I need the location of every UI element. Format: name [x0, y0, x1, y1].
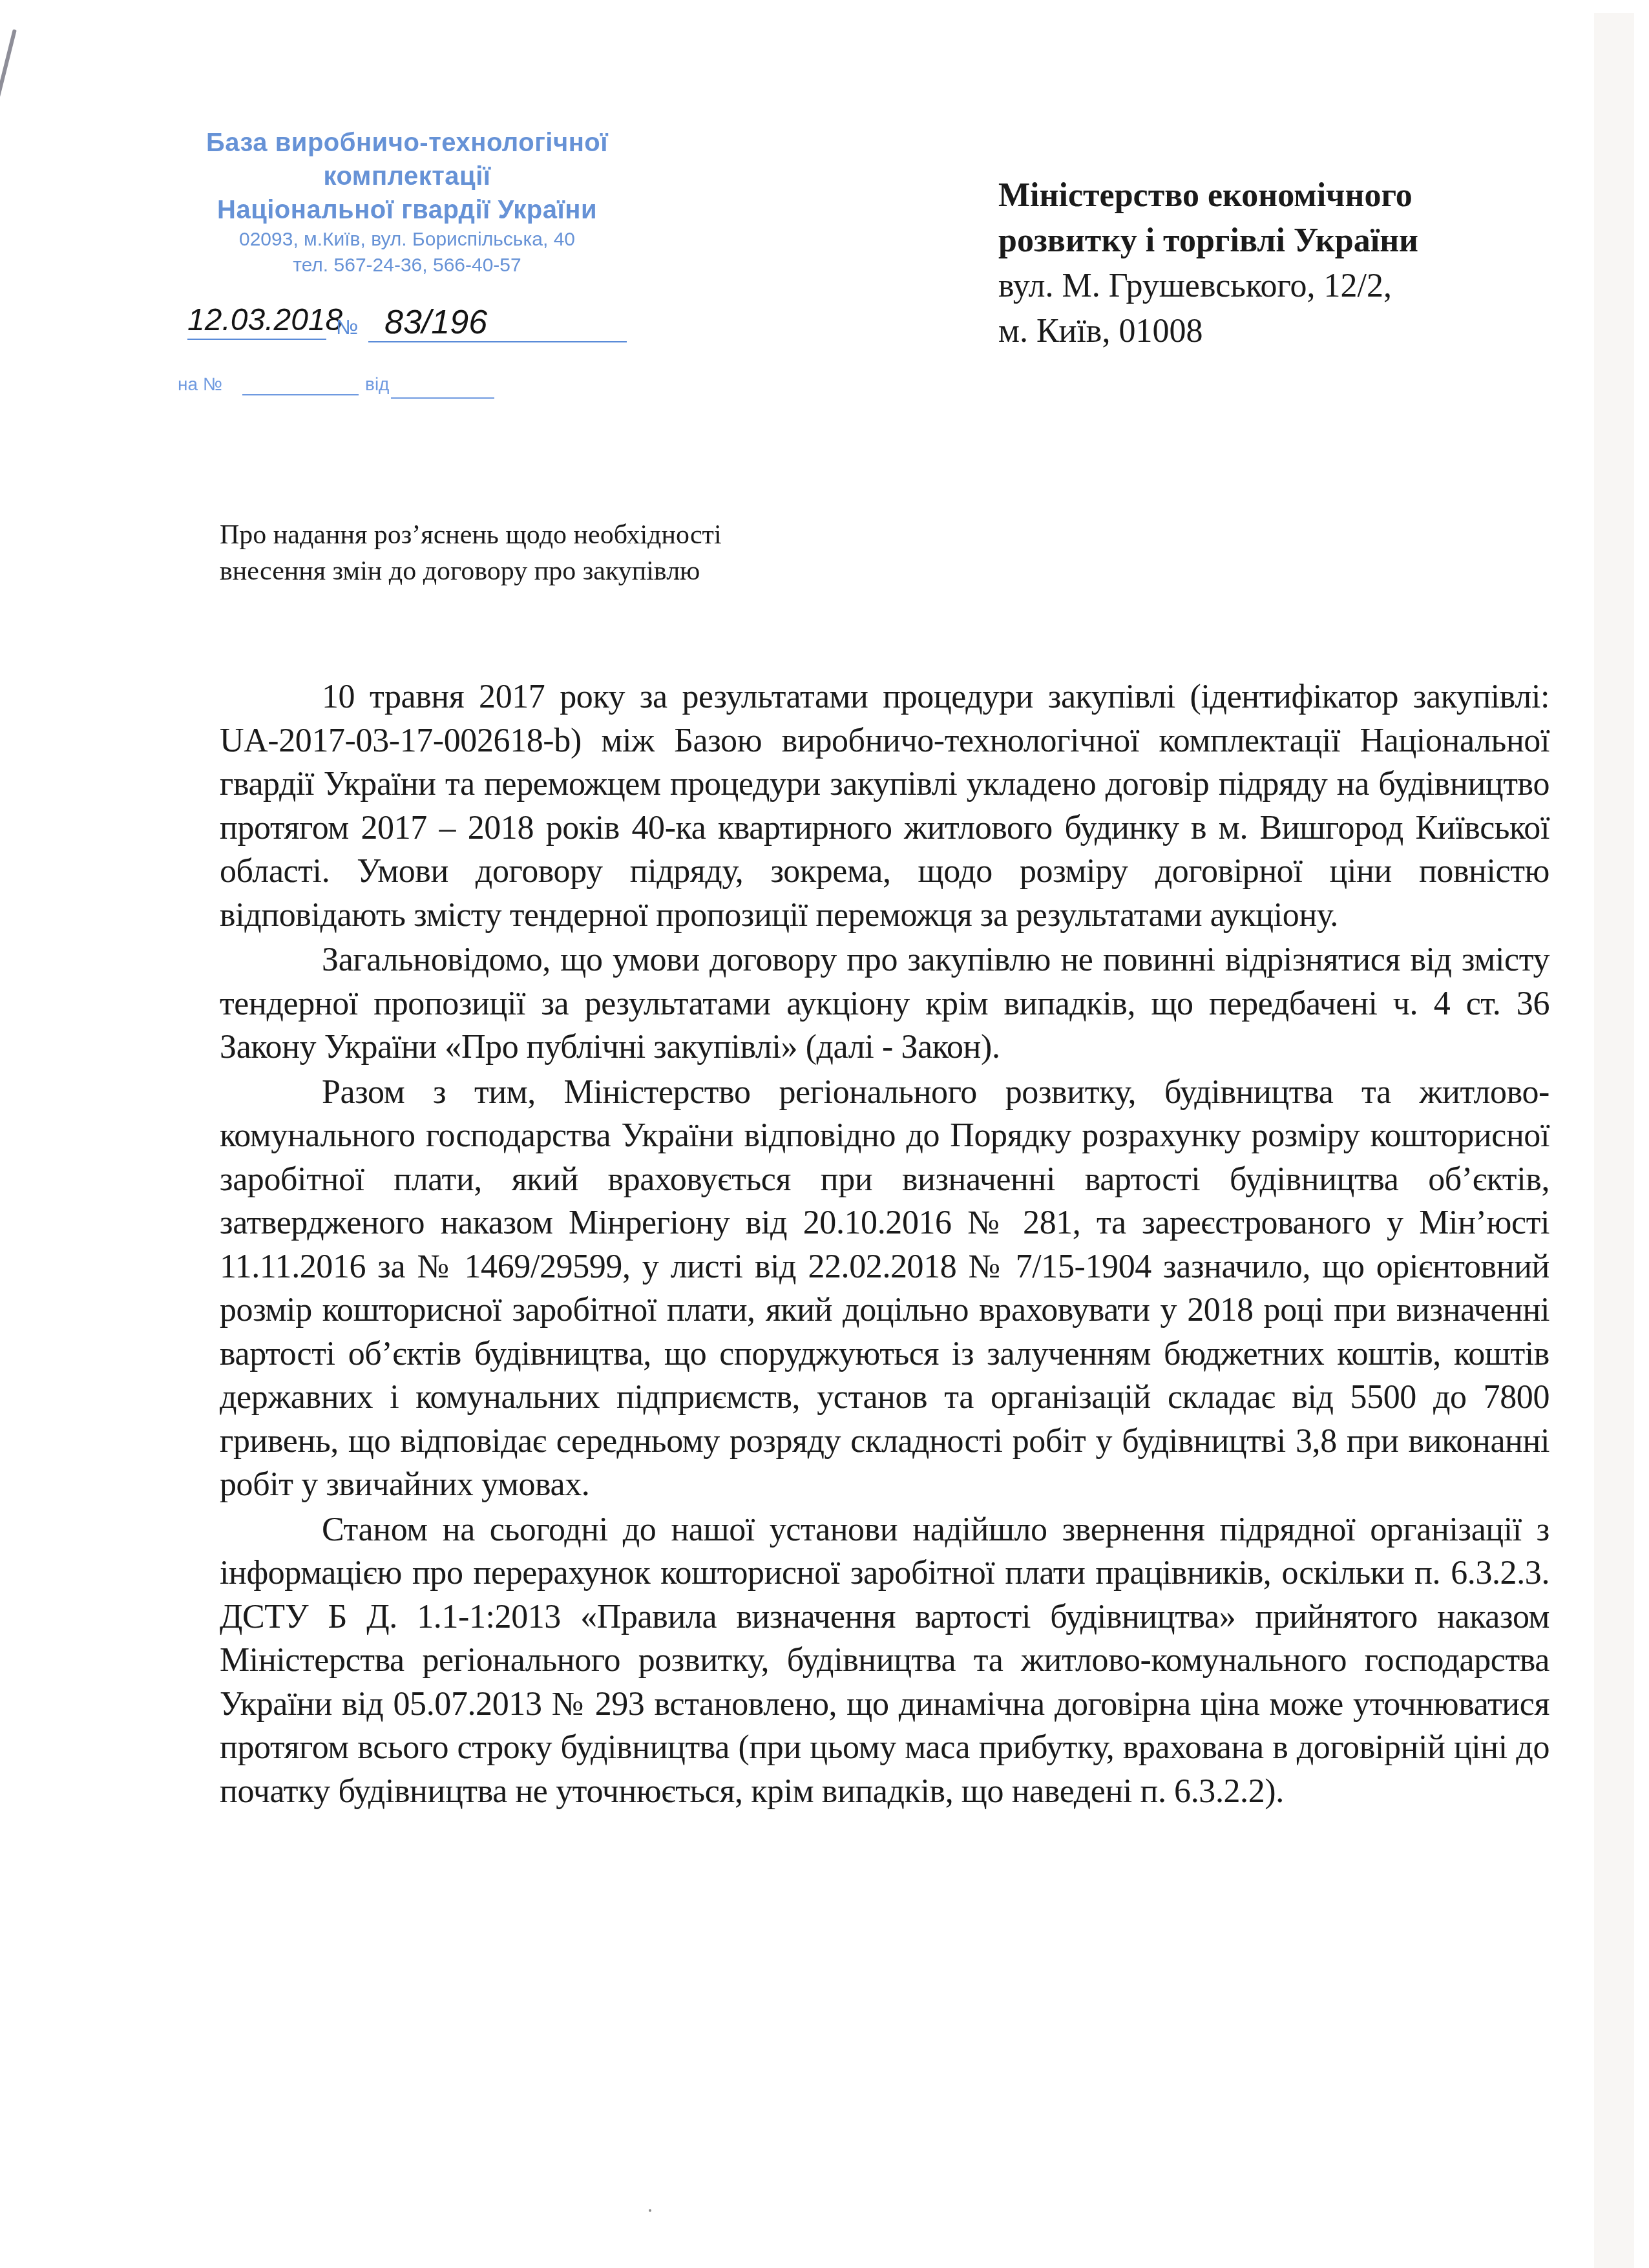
- recipient-block: Міністерство економічного розвитку і тор…: [998, 173, 1554, 354]
- recipient-address-line: вул. М. Грушевського, 12/2,: [998, 264, 1554, 309]
- stamp-org-line: Національної гвардії України: [181, 193, 633, 227]
- letter-body: 10 травня 2017 року за результатами проц…: [220, 675, 1549, 1813]
- number-label: №: [336, 315, 358, 339]
- sender-stamp: База виробничо-технологічної комплектаці…: [181, 126, 633, 278]
- subject-line: внесення змін до договору про закупівлю: [220, 553, 866, 589]
- stamp-address: 02093, м.Київ, вул. Бориспільська, 40: [181, 227, 633, 253]
- subject-line: Про надання роз’яснень щодо необхідності: [220, 517, 866, 553]
- body-paragraph: 10 травня 2017 року за результатами проц…: [220, 675, 1549, 937]
- registration-date: 12.03.2018: [187, 304, 326, 340]
- scan-speck: [649, 2209, 651, 2212]
- reference-date-blank: [391, 397, 494, 399]
- registration-number: 83/196: [368, 304, 627, 342]
- reference-number-blank: [242, 394, 359, 395]
- recipient-name-line: Міністерство економічного: [998, 173, 1554, 218]
- scan-page-edge: [1594, 13, 1634, 2268]
- reference-row: на № від: [178, 372, 643, 404]
- registration-row: 12.03.2018 № 83/196: [178, 304, 643, 349]
- reference-number-label: на №: [178, 374, 222, 395]
- letter-subject: Про надання роз’яснень щодо необхідності…: [220, 517, 866, 589]
- stamp-org-line: комплектації: [181, 160, 633, 193]
- stamp-phone: тел. 567-24-36, 566-40-57: [181, 253, 633, 278]
- body-paragraph: Станом на сьогодні до нашої установи над…: [220, 1508, 1549, 1814]
- recipient-address-line: м. Київ, 01008: [998, 309, 1554, 354]
- stamp-org-line: База виробничо-технологічної: [181, 126, 633, 160]
- pen-stroke-mark: [0, 29, 17, 124]
- reference-date-label: від: [365, 374, 389, 395]
- body-paragraph: Разом з тим, Міністерство регіонального …: [220, 1071, 1549, 1507]
- body-paragraph: Загальновідомо, що умови договору про за…: [220, 938, 1549, 1069]
- recipient-name-line: розвитку і торгівлі України: [998, 218, 1554, 264]
